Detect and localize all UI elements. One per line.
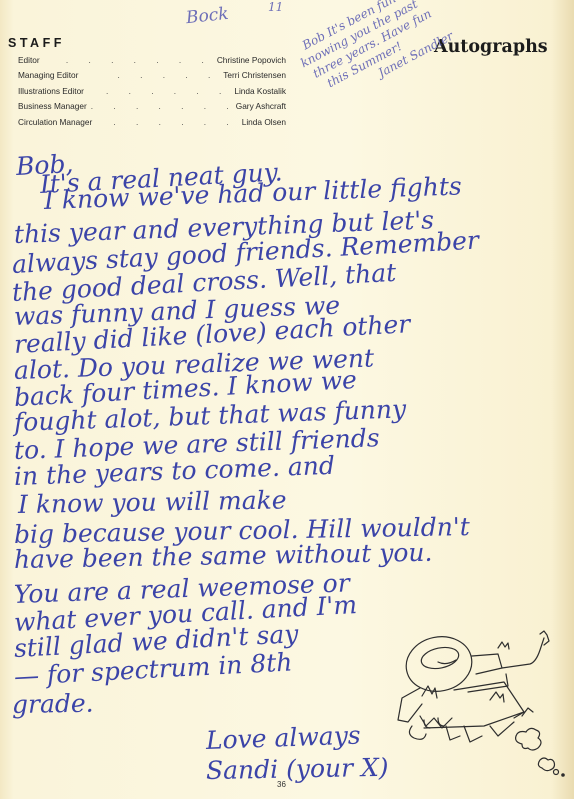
yearbook-page: Bock 11 STAFF Editor . . . . . . . Chris… [0,0,574,799]
cartoon-drawing-icon [394,626,569,786]
letter-line: I know you will make [18,485,287,519]
letter-line: have been the same without you. [14,538,433,574]
letter-line: grade. [12,689,94,719]
letter-signoff: Sandi (your X) [206,753,389,785]
letter-signoff: Love always [205,721,361,755]
page-number: 36 [277,780,286,789]
